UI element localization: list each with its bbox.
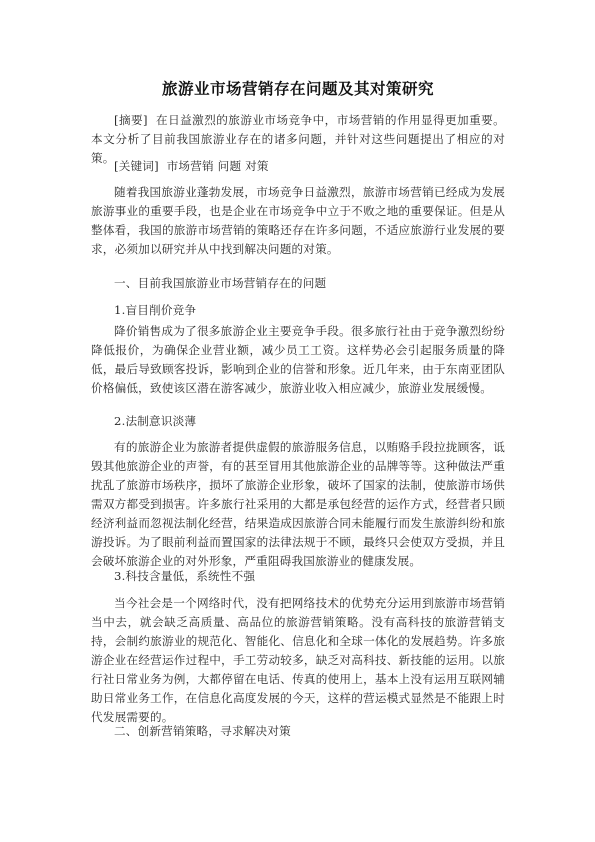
intro-paragraph: 随着我国旅游业蓬勃发展，市场竞争日益激烈，旅游市场营销已经成为发展旅游事业的重要… bbox=[91, 183, 505, 259]
sub2-heading: 2.法制意识淡薄 bbox=[91, 412, 505, 431]
sub2-paragraph: 有的旅游企业为旅游者提供虚假的旅游服务信息，以贿赂手段拉拢顾客，诋毁其他旅游企业… bbox=[91, 438, 505, 571]
keywords-text: 市场营销 问题 对策 bbox=[167, 159, 269, 173]
sub3-heading: 3.科技含量低，系统性不强 bbox=[91, 567, 505, 586]
abstract-label: [摘要] bbox=[114, 113, 148, 127]
sub3-paragraph: 当今社会是一个网络时代，没有把网络技术的优势充分运用到旅游市场营销当中去，就会缺… bbox=[91, 594, 505, 727]
document-title: 旅游业市场营销存在问题及其对策研究 bbox=[91, 79, 505, 99]
keywords-paragraph: [关键词] 市场营销 问题 对策 bbox=[91, 157, 505, 176]
keywords-label: [关键词] bbox=[114, 159, 159, 173]
section1-heading: 一、目前我国旅游业市场营销存在的问题 bbox=[91, 274, 505, 293]
section2-heading: 二、创新营销策略，寻求解决对策 bbox=[91, 722, 505, 741]
sub1-paragraph: 降价销售成为了很多旅游企业主要竞争手段。很多旅行社由于竞争激烈纷纷降低报价，为确… bbox=[91, 322, 505, 398]
sub1-heading: 1.盲目削价竞争 bbox=[91, 301, 505, 320]
